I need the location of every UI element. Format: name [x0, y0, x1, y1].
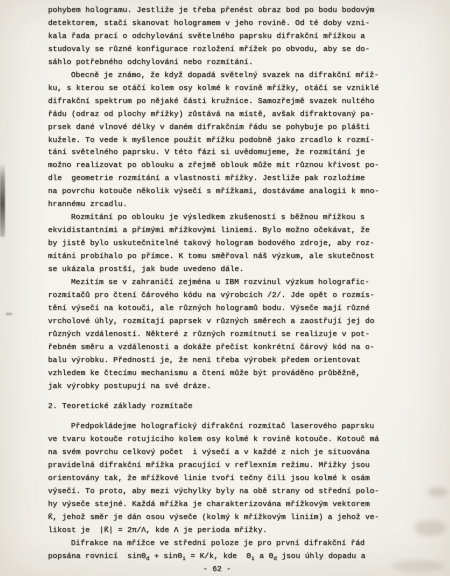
paragraph: Rozmítání po oblouku je výsledkem zkušen…	[48, 212, 386, 277]
text-line: různých vzdáleností. Některé z různých r…	[48, 329, 386, 342]
text-line: pohybem hologramu. Jestliže je třeba pře…	[48, 5, 386, 18]
text-line: K̄, jehož směr je dán osou výseče (kolmý…	[48, 512, 386, 525]
text-line: Předpokládejme holografický difrakční ro…	[48, 421, 386, 434]
text-line: mítání probíhalo po přímce. K tomu směřo…	[48, 251, 386, 264]
text-line: Rozmítání po oblouku je výsledkem zkušen…	[48, 212, 386, 225]
text-line: difrakční spektrum po nějaké části kružn…	[48, 96, 386, 109]
text-line: Difrakce na mřížce ve střední poloze je …	[48, 538, 386, 551]
document-body-text: pohybem hologramu. Jestliže je třeba pře…	[48, 5, 386, 564]
text-line: rozmítačů pro čtení čárového kódu na výr…	[48, 290, 386, 303]
text-line: balu výrobku. Předností je, že není třeb…	[48, 355, 386, 368]
scan-artifact-left-streak	[0, 163, 5, 237]
section-heading: 2. Teoretické základy rozmítače	[48, 401, 386, 414]
text-line: by jistě bylo uskutečnitelné takový holo…	[48, 238, 386, 251]
paragraph: pohybem hologramu. Jestliže je třeba pře…	[48, 5, 386, 70]
text-line: detektorem, stačí skanovat hologramem v …	[48, 18, 386, 31]
text-line: tění výsečí na kotouči, ale různých holo…	[48, 303, 386, 316]
text-line: výsečí. To proto, aby mezi výchylky byly…	[48, 486, 386, 499]
text-line: pravidelná difrakční mřížka pracující v …	[48, 460, 386, 473]
text-line: možno realizovat po oblouku a zřejmě obl…	[48, 160, 386, 173]
text-line: kužele. To vede k myšlence použít mřížku…	[48, 135, 386, 148]
text-line: se ukázala prostší, jak bude uvedeno dál…	[48, 264, 386, 277]
text-line: tání světelného paprsku. V této fázi si …	[48, 147, 386, 160]
text-line: popsána rovnicí sinΘd + sinΘi = K/k, kde…	[48, 551, 386, 564]
text-line: na povrchu kotouče několik výsečí s mříž…	[48, 186, 386, 199]
text-line: ekvidistantními a přímými mřížkovými lin…	[48, 225, 386, 238]
text-line: likost je |K̄| = 2π/Λ, kde Λ je perioda …	[48, 525, 386, 538]
text-line: jak výrobky postupují na své dráze.	[48, 381, 386, 394]
text-line: kala řada prací o odchylování světelného…	[48, 31, 386, 44]
text-line: dle geometrie rozmítání a vlastnosti mří…	[48, 173, 386, 186]
text-line: Obecně je známo, že když dopadá světelný…	[48, 70, 386, 83]
paragraph: Předpokládejme holografický difrakční ro…	[48, 421, 386, 538]
paragraph: Mezitím se v zahraničí zejména u IBM roz…	[48, 277, 386, 394]
text-line: Mezitím se v zahraničí zejména u IBM roz…	[48, 277, 386, 290]
text-line: studovaly se různé konfigurace rozložení…	[48, 44, 386, 57]
scan-smudge	[414, 520, 446, 536]
text-line: orientovány tak, že mřížkové linie tvoří…	[48, 473, 386, 486]
text-line: ve tvaru kotouče rotujícího kolem osy ko…	[48, 434, 386, 447]
text-line: řádu (odraz od plochy mřížky) zůstává na…	[48, 109, 386, 122]
paragraph: Obecně je známo, že když dopadá světelný…	[48, 70, 386, 212]
text-line: ku, s kterou se otáčí kolem osy kolmé k …	[48, 83, 386, 96]
text-line: hy výseče stejné. Každá mřížka je charak…	[48, 499, 386, 512]
scanned-document-page: pohybem hologramu. Jestliže je třeba pře…	[0, 0, 450, 576]
scan-smudge	[392, 560, 444, 572]
text-line: vzhledem ke čtecímu mechanismu a čtení m…	[48, 368, 386, 381]
paragraph: Difrakce na mřížce ve střední poloze je …	[48, 538, 386, 564]
page-number: - 62 -	[48, 564, 386, 576]
text-line: na svém povrchu celkový počet i výsečí a…	[48, 447, 386, 460]
text-line: sáhlo potřebného odchylování nebo rozmít…	[48, 57, 386, 70]
text-line: řebném směru a vzdálenosti a dokáže přeč…	[48, 342, 386, 355]
text-line: vrcholové úhly, rozmítají paprsek v různ…	[48, 316, 386, 329]
text-line: prsek dané vlnové délky v daném difrakčn…	[48, 122, 386, 135]
scan-artifact-left-dash	[6, 313, 12, 315]
scan-smudge	[428, 487, 448, 497]
text-line: hrannému zrcadlu.	[48, 199, 386, 212]
text-column: pohybem hologramu. Jestliže je třeba pře…	[48, 5, 386, 576]
text-line: 2. Teoretické základy rozmítače	[48, 401, 386, 414]
